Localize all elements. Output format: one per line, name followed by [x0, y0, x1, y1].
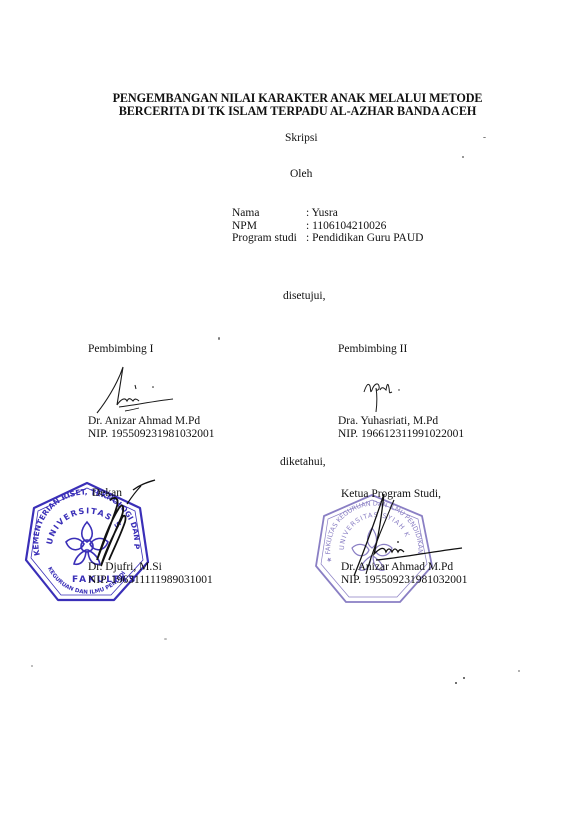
dean-role: Dekan	[92, 487, 122, 500]
scan-speck	[455, 682, 457, 684]
thesis-title-line-1: PENGEMBANGAN NILAI KARAKTER ANAK MELALUI…	[8, 91, 579, 105]
dean-name: Dr. Djufri, M.Si	[88, 561, 162, 574]
supervisor-1-role: Pembimbing I	[88, 343, 154, 356]
author-info: Nama: Yusra NPM: 1106104210026 Program s…	[232, 207, 423, 245]
supervisor-2-nip: NIP. 196612311991022001	[338, 428, 464, 441]
program-head-nip: NIP. 195509231981032001	[341, 574, 468, 587]
document-type: Skripsi	[285, 132, 318, 144]
scan-speck	[31, 665, 33, 667]
supervisor-2-name: Dra. Yuhasriati, M.Pd	[338, 415, 438, 428]
by-label: Oleh	[290, 168, 312, 180]
scan-speck	[218, 337, 220, 340]
scan-speck	[463, 677, 465, 679]
acknowledged-label: diketahui,	[280, 456, 326, 468]
author-field-npm: NPM: 1106104210026	[232, 220, 423, 233]
author-field-name: Nama: Yusra	[232, 207, 423, 220]
supervisor-2-role: Pembimbing II	[338, 343, 407, 356]
scan-speck	[164, 638, 167, 640]
approved-label: disetujui,	[283, 290, 326, 302]
scan-speck	[483, 137, 486, 138]
signature-supervisor-2	[362, 378, 412, 418]
author-field-program: Program studi: Pendidikan Guru PAUD	[232, 232, 423, 245]
thesis-title-line-2: BERCERITA DI TK ISLAM TERPADU AL-AZHAR B…	[8, 104, 579, 118]
signature-supervisor-1	[95, 365, 205, 415]
scan-speck	[462, 156, 464, 158]
dean-nip: NIP. 196311111989031001	[88, 574, 213, 587]
supervisor-1-name: Dr. Anizar Ahmad M.Pd	[88, 415, 200, 428]
scan-speck	[518, 670, 520, 672]
supervisor-1-nip: NIP. 195509231981032001	[88, 428, 215, 441]
program-head-name: Dr. Anizar Ahmad M.Pd	[341, 561, 453, 574]
